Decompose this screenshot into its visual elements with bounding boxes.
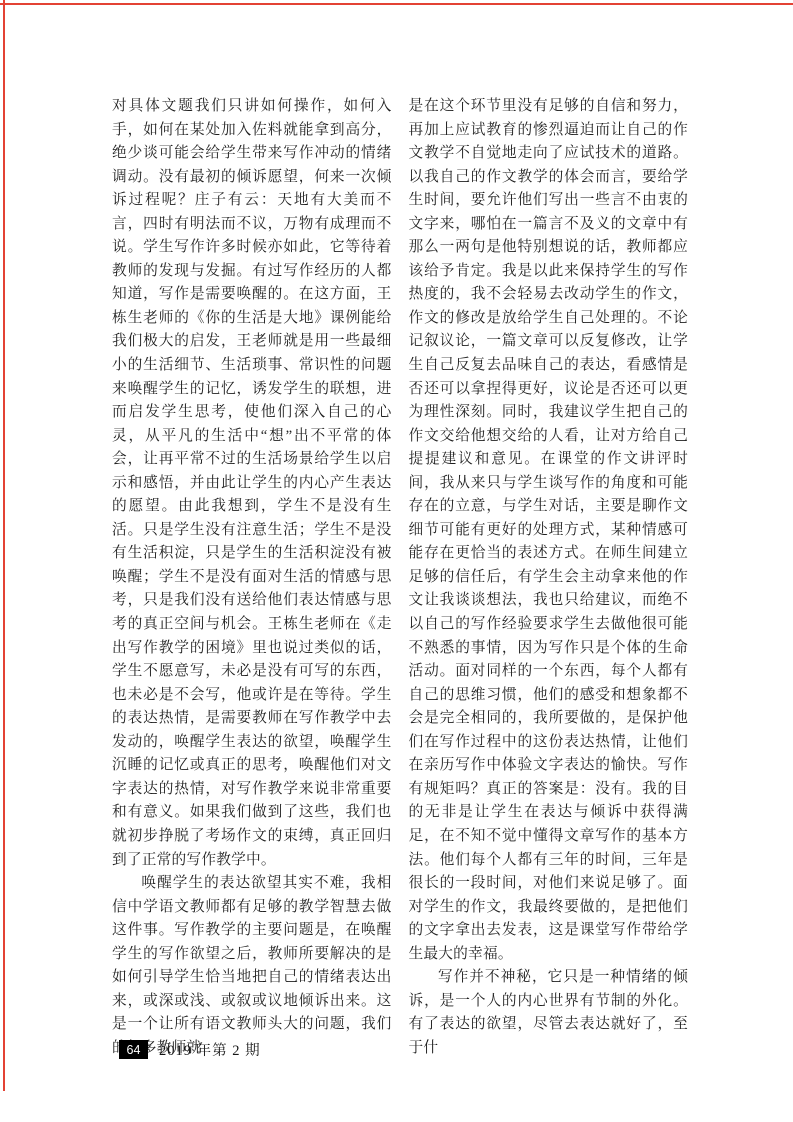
page-top-border-line [0,3,793,5]
page-left-border-line [3,0,5,1091]
paragraph: 对具体文题我们只讲如何操作，如何入手，如何在某处加入佐料就能拿到高分，绝少谈可能… [112,95,392,872]
article-body: 对具体文题我们只讲如何操作，如何入手，如何在某处加入佐料就能拿到高分，绝少谈可能… [112,95,688,1060]
page-number-badge: 64 [119,1040,148,1059]
text-column-left: 对具体文题我们只讲如何操作，如何入手，如何在某处加入佐料就能拿到高分，绝少谈可能… [112,95,392,1060]
issue-label: 2019 年第 2 期 [159,1039,261,1060]
text-column-right: 是在这个环节里没有足够的自信和努力，再加上应试教育的惨烈逼迫而让自己的作文教学不… [409,95,689,1060]
page-footer: 64 2019 年第 2 期 [119,1040,261,1059]
paragraph: 是在这个环节里没有足够的自信和努力，再加上应试教育的惨烈逼迫而让自己的作文教学不… [409,95,689,966]
magazine-page: 对具体文题我们只讲如何操作，如何入手，如何在某处加入佐料就能拿到高分，绝少谈可能… [0,0,793,1122]
paragraph: 唤醒学生的表达欲望其实不难，我相信中学语文教师都有足够的教学智慧去做这件事。写作… [112,872,392,1060]
paragraph: 写作并不神秘，它只是一种情绪的倾诉，是一个人的内心世界有节制的外化。有了表达的欲… [409,966,689,1060]
